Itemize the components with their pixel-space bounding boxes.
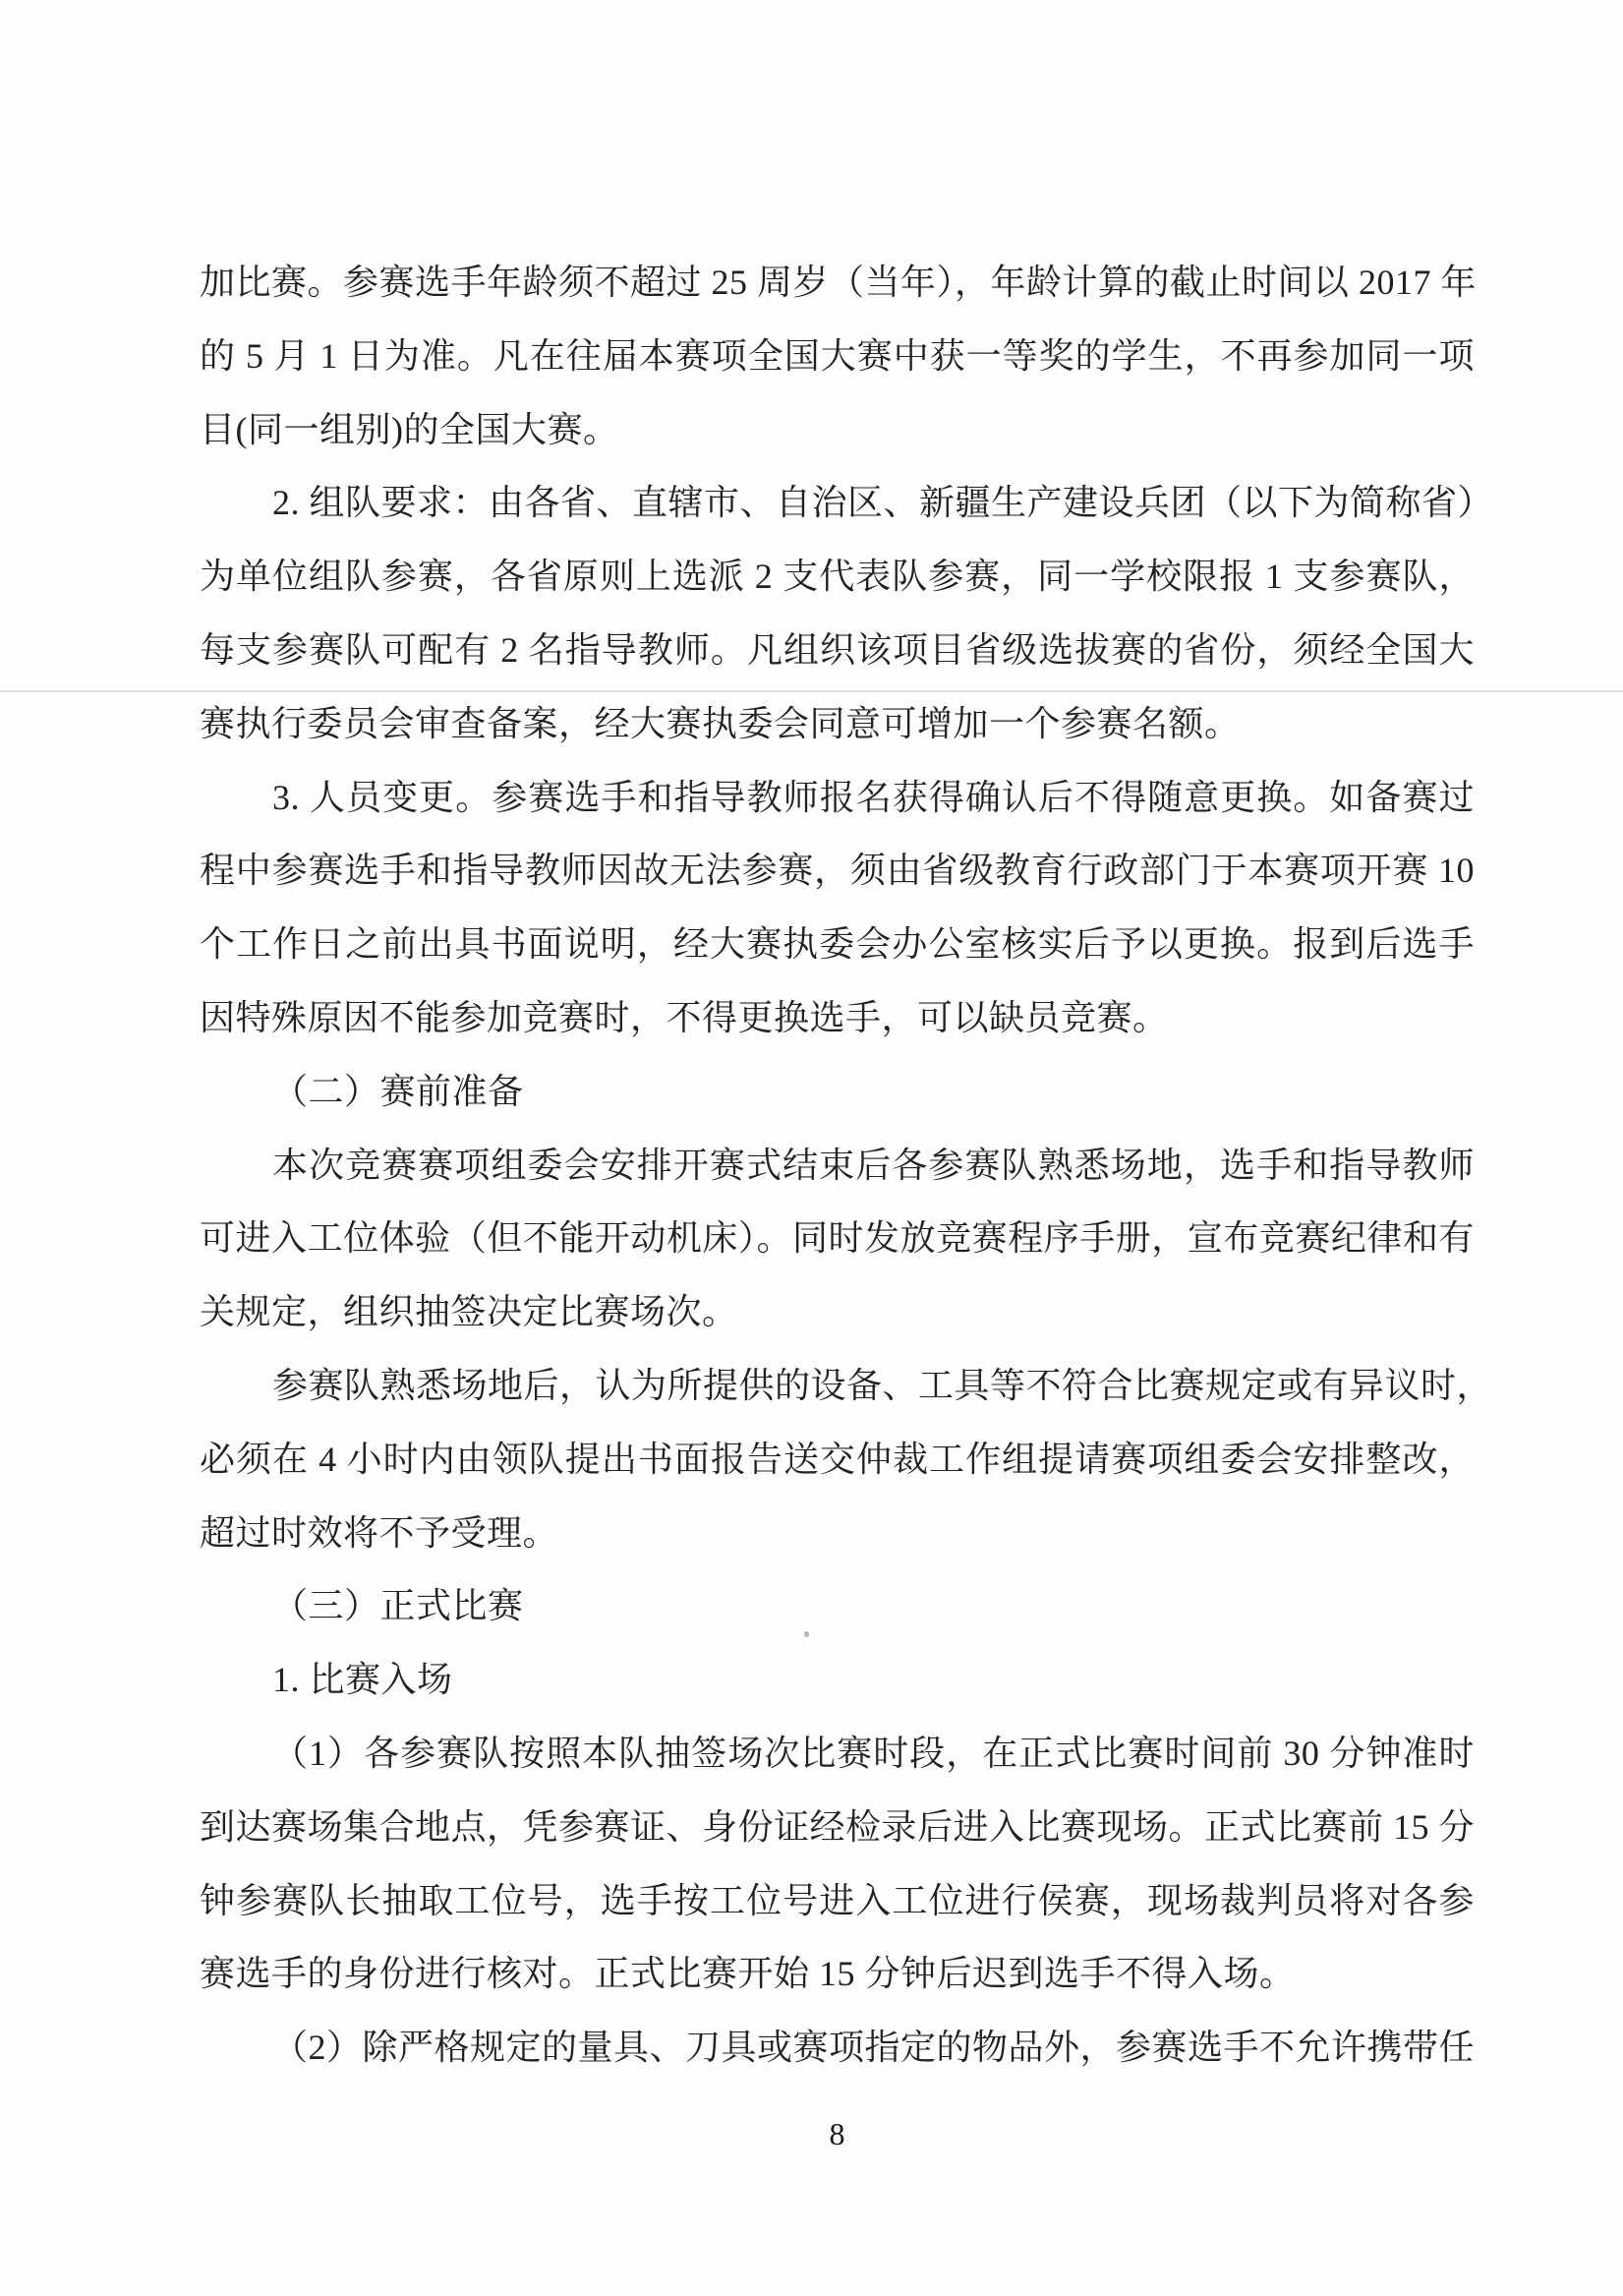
text-line: 赛选手的身份进行核对。正式比赛开始 15 分钟后迟到选手不得入场。: [200, 1937, 1475, 2011]
text-line: 2. 组队要求：由各省、直辖市、自治区、新疆生产建设兵团（以下为简称省）: [200, 466, 1475, 540]
text-line: 的 5 月 1 日为准。凡在往届本赛项全国大赛中获一等奖的学生，不再参加同一项: [200, 320, 1475, 393]
text-line: 因特殊原因不能参加竞赛时，不得更换选手，可以缺员竞赛。: [200, 981, 1475, 1055]
text-line: 目(同一组别)的全国大赛。: [200, 393, 1475, 467]
sub-heading: 1. 比赛入场: [200, 1643, 1475, 1717]
text-line: 为单位组队参赛，各省原则上选派 2 支代表队参赛，同一学校限报 1 支参赛队，: [200, 540, 1475, 614]
text-line: 参赛队熟悉场地后，认为所提供的设备、工具等不符合比赛规定或有异议时，: [200, 1349, 1475, 1423]
section-heading: （三）正式比赛: [200, 1569, 1475, 1643]
text-line: 本次竞赛赛项组委会安排开赛式结束后各参赛队熟悉场地，选手和指导教师: [200, 1129, 1475, 1203]
text-line: 钟参赛队长抽取工位号，选手按工位号进入工位进行侯赛，现场裁判员将对各参: [200, 1864, 1475, 1938]
text-line: 赛执行委员会审查备案，经大赛执委会同意可增加一个参赛名额。: [200, 687, 1475, 761]
text-line: 到达赛场集合地点，凭参赛证、身份证经检录后进入比赛现场。正式比赛前 15 分: [200, 1791, 1475, 1864]
text-line: （1）各参赛队按照本队抽签场次比赛时段，在正式比赛时间前 30 分钟准时: [200, 1717, 1475, 1791]
text-line: 必须在 4 小时内由领队提出书面报告送交仲裁工作组提请赛项组委会安排整改，: [200, 1423, 1475, 1497]
section-heading: （二）赛前准备: [200, 1055, 1475, 1129]
text-line: 程中参赛选手和指导教师因故无法参赛，须由省级教育行政部门于本赛项开赛 10: [200, 834, 1475, 908]
page-number: 8: [200, 2116, 1475, 2152]
document-page: 加比赛。参赛选手年龄须不超过 25 周岁（当年），年龄计算的截止时间以 2017…: [0, 0, 1623, 2296]
text-line: （2）除严格规定的量具、刀具或赛项指定的物品外，参赛选手不允许携带任: [200, 2011, 1475, 2085]
text-line: 3. 人员变更。参赛选手和指导教师报名获得确认后不得随意更换。如备赛过: [200, 761, 1475, 835]
text-line: 每支参赛队可配有 2 名指导教师。凡组织该项目省级选拔赛的省份，须经全国大: [200, 614, 1475, 687]
text-line: 关规定，组织抽签决定比赛场次。: [200, 1275, 1475, 1349]
body-text: 加比赛。参赛选手年龄须不超过 25 周岁（当年），年龄计算的截止时间以 2017…: [200, 246, 1475, 2085]
text-line: 可进入工位体验（但不能开动机床）。同时发放竞赛程序手册，宣布竞赛纪律和有: [200, 1202, 1475, 1275]
text-line: 超过时效将不予受理。: [200, 1497, 1475, 1570]
text-line: 加比赛。参赛选手年龄须不超过 25 周岁（当年），年龄计算的截止时间以 2017…: [200, 246, 1475, 320]
text-line: 个工作日之前出具书面说明，经大赛执委会办公室核实后予以更换。报到后选手: [200, 908, 1475, 981]
